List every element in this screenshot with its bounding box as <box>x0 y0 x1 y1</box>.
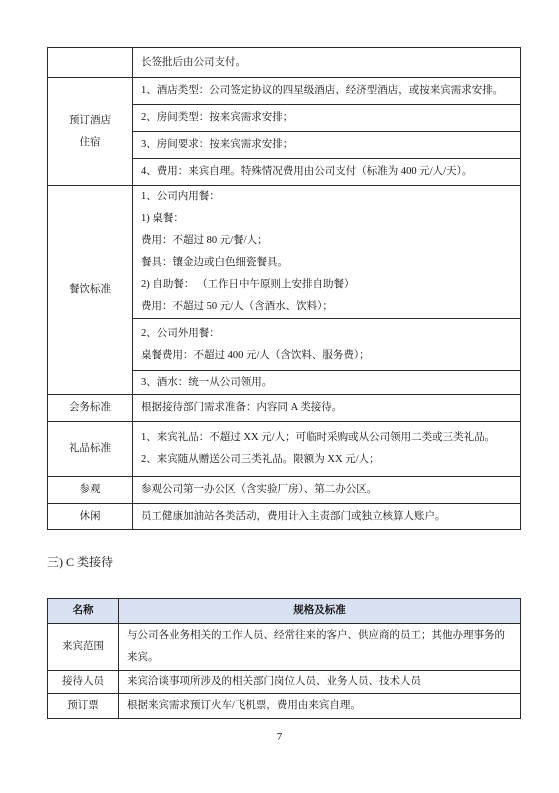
table-row: 参观 参观公司第一办公区（含实验厂房）、第二办公区。 <box>48 477 521 504</box>
dining-line: 餐具：镶金边或白色细瓷餐具。 <box>141 252 512 274</box>
visit-label-cell: 参观 <box>48 477 133 504</box>
header-spec-cell: 规格及标准 <box>119 599 521 624</box>
table-row: 会务标准 根据接待部门需求准备：内容同 A 类接待。 <box>48 395 521 422</box>
visit-text-cell: 参观公司第一办公区（含实验厂房）、第二办公区。 <box>133 477 521 504</box>
document-page: 长签批后由公司支付。 预订酒店 住宿 1、酒店类型：公司签定协议的四星级酒店、经… <box>0 0 559 793</box>
meeting-label-cell: 会务标准 <box>48 395 133 422</box>
table-row: 来宾范围 与公司各业务相关的工作人员、经常往来的客户、供应商的员工；其他办理事务… <box>48 624 521 671</box>
hotel-label-cell: 预订酒店 住宿 <box>48 78 133 186</box>
gifts-line: 2、来宾随从赠送公司三类礼品。限额为 XX 元/人； <box>141 449 512 471</box>
ticket-booking-label-cell: 预订票 <box>48 694 119 719</box>
hotel-item-cell: 2、房间类型：按来宾需求安排； <box>133 105 521 132</box>
dining-line: 1、公司内用餐： <box>141 186 512 208</box>
leisure-label-cell: 休闲 <box>48 504 133 530</box>
table-row: 预订票 根据来宾需求预订火车/飞机票，费用由来宾自理。 <box>48 694 521 719</box>
table-row: 接待人员 来宾洽谈事项所涉及的相关部门岗位人员、业务人员、技术人员 <box>48 671 521 694</box>
dining-label-cell: 餐饮标准 <box>48 186 133 395</box>
guest-scope-text-cell: 与公司各业务相关的工作人员、经常往来的客户、供应商的员工；其他办理事务的来宾。 <box>119 624 521 671</box>
dining-line: 桌餐费用：不超过 400 元/人（含饮料、服务费）； <box>141 345 512 367</box>
section-heading-c-class: 三) C 类接待 <box>47 553 113 571</box>
dining-line: 费用：不超过 50 元/人（含酒水、饮料）； <box>141 296 512 318</box>
hotel-label-line1: 预订酒店 <box>50 110 130 132</box>
page-number: 7 <box>0 731 559 743</box>
carryover-text-cell: 长签批后由公司支付。 <box>133 48 521 78</box>
leisure-text-cell: 员工健康加油站各类活动，费用计入主责部门或独立核算人账户。 <box>133 504 521 530</box>
hotel-label-line2: 住宿 <box>50 132 130 154</box>
hotel-item-cell: 4、费用：来宾自理。特殊情况费用由公司支付（标准为 400 元/人/天）。 <box>133 159 521 186</box>
dining-drinks-cell: 3、酒水：统一从公司领用。 <box>133 371 521 395</box>
meeting-text-cell: 根据接待部门需求准备：内容同 A 类接待。 <box>133 395 521 422</box>
hotel-item-cell: 3、房间要求：按来宾需求安排； <box>133 132 521 159</box>
reception-c-table: 名称 规格及标准 来宾范围 与公司各业务相关的工作人员、经常往来的客户、供应商的… <box>47 598 521 719</box>
table-row: 预订酒店 住宿 1、酒店类型：公司签定协议的四星级酒店、经济型酒店，或按来宾需求… <box>48 78 521 105</box>
dining-internal-meal-cell: 1、公司内用餐： 1) 桌餐： 费用：不超过 80 元/餐/人； 餐具：镶金边或… <box>133 186 521 319</box>
table-row: 休闲 员工健康加油站各类活动，费用计入主责部门或独立核算人账户。 <box>48 504 521 530</box>
dining-line: 1) 桌餐： <box>141 208 512 230</box>
table-row: 礼品标准 1、来宾礼品：不超过 XX 元/人；可临时采购或从公司领用二类或三类礼… <box>48 422 521 477</box>
table-header-row: 名称 规格及标准 <box>48 599 521 624</box>
guest-scope-label-cell: 来宾范围 <box>48 624 119 671</box>
reception-staff-text-cell: 来宾洽谈事项所涉及的相关部门岗位人员、业务人员、技术人员 <box>119 671 521 694</box>
gifts-line: 1、来宾礼品：不超过 XX 元/人；可临时采购或从公司领用二类或三类礼品。 <box>141 427 512 449</box>
gifts-label-cell: 礼品标准 <box>48 422 133 477</box>
header-name-cell: 名称 <box>48 599 119 624</box>
gifts-text-cell: 1、来宾礼品：不超过 XX 元/人；可临时采购或从公司领用二类或三类礼品。 2、… <box>133 422 521 477</box>
ticket-booking-text-cell: 根据来宾需求预订火车/飞机票，费用由来宾自理。 <box>119 694 521 719</box>
reception-staff-label-cell: 接待人员 <box>48 671 119 694</box>
dining-line: 费用：不超过 80 元/餐/人； <box>141 230 512 252</box>
dining-external-meal-cell: 2、公司外用餐： 桌餐费用：不超过 400 元/人（含饮料、服务费）； <box>133 319 521 371</box>
reception-b-table: 长签批后由公司支付。 预订酒店 住宿 1、酒店类型：公司签定协议的四星级酒店、经… <box>47 47 521 530</box>
dining-line: 2) 自助餐： （工作日中午原则上安排自助餐） <box>141 274 512 296</box>
hotel-item-cell: 1、酒店类型：公司签定协议的四星级酒店、经济型酒店，或按来宾需求安排。 <box>133 78 521 105</box>
carryover-label-cell <box>48 48 133 78</box>
table-row: 餐饮标准 1、公司内用餐： 1) 桌餐： 费用：不超过 80 元/餐/人； 餐具… <box>48 186 521 319</box>
table-row: 长签批后由公司支付。 <box>48 48 521 78</box>
dining-line: 2、公司外用餐： <box>141 323 512 345</box>
